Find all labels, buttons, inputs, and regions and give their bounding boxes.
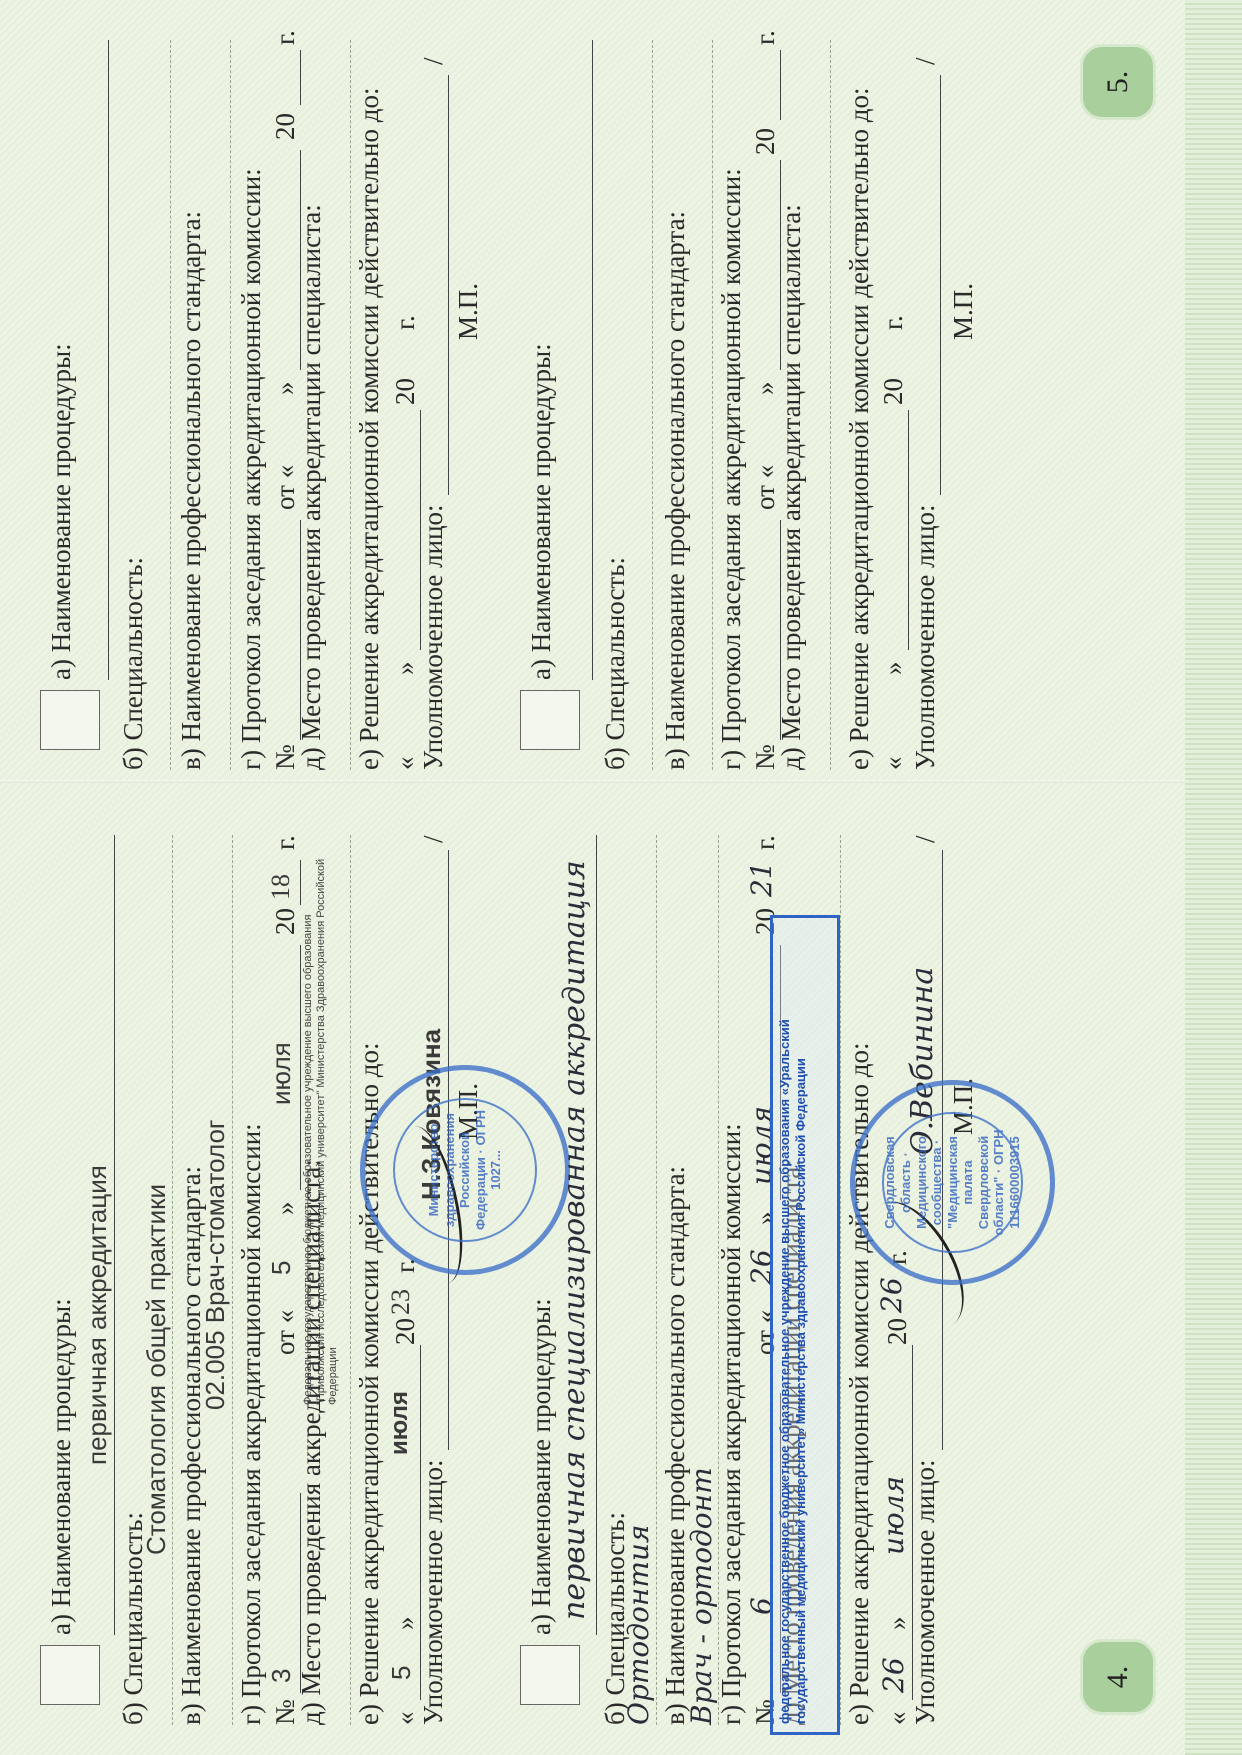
seal-label: М.П.: [455, 283, 482, 340]
century: 20: [884, 1318, 911, 1345]
century: 20: [392, 1318, 419, 1345]
century: 20: [272, 908, 299, 935]
divider: [656, 835, 657, 1725]
protocol-month: июля: [268, 1042, 294, 1105]
place-value: Федеральное государственное бюджетное об…: [302, 845, 340, 1405]
decision-line: [908, 410, 909, 650]
divider: [170, 40, 171, 770]
decision-year: 23: [388, 1289, 414, 1315]
year-suffix: г.: [880, 315, 907, 330]
from-label: от «: [272, 465, 299, 510]
number-sign: №: [272, 744, 299, 770]
signature-line: [940, 75, 941, 495]
decision-day: 5: [388, 1666, 414, 1680]
page-number-badge: 5.: [1080, 44, 1156, 120]
divider: [350, 835, 351, 1725]
procedure-line: [114, 835, 115, 1635]
open-quote: «: [880, 757, 907, 771]
year-suffix: г.: [752, 30, 779, 45]
century: 20: [272, 113, 299, 140]
procedure-value: первичная аккредитация: [84, 1165, 110, 1465]
medical-chamber-stamp: Свердловская область · Медицинского сооб…: [850, 1080, 1055, 1285]
entry-checkbox[interactable]: [520, 1645, 580, 1705]
stamp-text: Свердловская область · Медицинского сооб…: [882, 1112, 1022, 1252]
decision-month: июля: [388, 1391, 412, 1455]
authorized-label: Уполномоченное лицо:: [420, 504, 447, 770]
divider: [830, 40, 831, 770]
procedure-line: [592, 40, 593, 680]
place-stamp: федеральное государственное бюджетное об…: [770, 915, 840, 1735]
ministry-stamp: Министерство здравоохранения Российской …: [360, 1065, 570, 1275]
from-label: от «: [752, 465, 779, 510]
protocol-label: г) Протокол заседания аккредитационной к…: [718, 1123, 745, 1725]
century: 20: [392, 378, 419, 405]
authorized-label: Уполномоченное лицо:: [912, 1459, 939, 1725]
open-quote: «: [884, 1712, 911, 1726]
divider: [840, 835, 841, 1725]
slash: /: [912, 57, 939, 65]
signature-line: [448, 75, 449, 495]
authorized-label: Уполномоченное лицо:: [420, 1459, 447, 1725]
year-suffix: г.: [392, 315, 419, 330]
specialty-value: Ортодонтия: [625, 1525, 653, 1725]
place-label: д) Место проведения аккредитации специал…: [778, 204, 805, 770]
page-number: 5.: [1101, 71, 1135, 94]
year-suffix: г.: [272, 835, 299, 850]
close-quote: »: [392, 1617, 419, 1631]
decision-label: е) Решение аккредитационной комиссии дей…: [356, 88, 383, 770]
seal-label: М.П.: [950, 283, 977, 340]
divider: [172, 835, 173, 1725]
century: 20: [752, 128, 779, 155]
divider: [232, 835, 233, 1725]
entry-checkbox[interactable]: [40, 1645, 100, 1705]
document-spread: а) Наименование процедуры: первичная акк…: [0, 0, 1242, 1755]
entry-checkbox[interactable]: [40, 690, 100, 750]
protocol-year: 21: [748, 861, 776, 897]
century: 20: [880, 378, 907, 405]
procedure-label: а) Наименование процедуры:: [48, 343, 75, 680]
procedure-line: [596, 835, 597, 1635]
close-quote: »: [884, 1617, 911, 1631]
specialty-value: Стоматология общей практики: [143, 1184, 169, 1555]
protocol-year-line: [300, 50, 301, 105]
divider: [350, 40, 351, 770]
standard-label: в) Наименование профессионального станда…: [178, 211, 205, 770]
stamp-text: Министерство здравоохранения Российской …: [393, 1098, 537, 1242]
protocol-month-line: [300, 945, 301, 1190]
number-sign: №: [752, 744, 779, 770]
slash: /: [420, 835, 447, 843]
procedure-line: [108, 40, 109, 680]
protocol-label: г) Протокол заседания аккредитационной к…: [238, 1123, 265, 1725]
specialty-label: б) Специальность:: [120, 557, 147, 770]
specialty-label: б) Специальность:: [602, 557, 629, 770]
year-suffix: г.: [272, 30, 299, 45]
protocol-number: 3: [268, 1669, 294, 1683]
procedure-label: а) Наименование процедуры:: [48, 1298, 75, 1635]
open-quote: «: [392, 1712, 419, 1726]
protocol-day: 5: [268, 1261, 294, 1275]
protocol-label: г) Протокол заседания аккредитационной к…: [238, 168, 265, 770]
authorized-label: Уполномоченное лицо:: [912, 504, 939, 770]
year-suffix: г.: [752, 835, 779, 850]
from-label: от «: [272, 1310, 299, 1355]
close-quote: »: [880, 662, 907, 676]
divider: [230, 40, 231, 770]
slash: /: [912, 835, 939, 843]
protocol-year: 18: [268, 874, 294, 900]
number-sign: №: [272, 1699, 299, 1725]
divider: [712, 40, 713, 770]
decision-day: 26: [880, 1657, 908, 1693]
page-number: 4.: [1101, 1666, 1135, 1689]
close-quote: »: [272, 1202, 299, 1216]
page-5: а) Наименование процедуры: б) Специально…: [0, 0, 1242, 780]
open-quote: «: [392, 757, 419, 771]
standard-value: 02.005 Врач-стоматолог: [202, 1120, 228, 1410]
slash: /: [420, 57, 447, 65]
entry-checkbox[interactable]: [520, 690, 580, 750]
decision-month: июля: [880, 1476, 908, 1555]
procedure-value: первичная специализированная аккредитаци…: [560, 860, 590, 1620]
decision-label: е) Решение аккредитационной комиссии дей…: [846, 88, 873, 770]
place-label: д) Место проведения аккредитации специал…: [298, 204, 325, 770]
procedure-label: а) Наименование процедуры:: [528, 343, 555, 680]
protocol-year-line: [300, 860, 301, 905]
close-quote: »: [392, 662, 419, 676]
protocol-year-line: [780, 50, 781, 120]
close-quote: »: [752, 382, 779, 396]
standard-label: в) Наименование профессионального станда…: [662, 211, 689, 770]
close-quote: »: [272, 382, 299, 396]
page-number-badge: 4.: [1080, 1639, 1156, 1715]
standard-value: Врач - ортодонт: [688, 1467, 716, 1725]
procedure-label: а) Наименование процедуры:: [528, 1298, 555, 1635]
page-4: а) Наименование процедуры: первичная акк…: [0, 780, 1242, 1755]
divider: [652, 40, 653, 770]
protocol-label: г) Протокол заседания аккредитационной к…: [718, 168, 745, 770]
guilloche-border: [1185, 0, 1242, 1755]
